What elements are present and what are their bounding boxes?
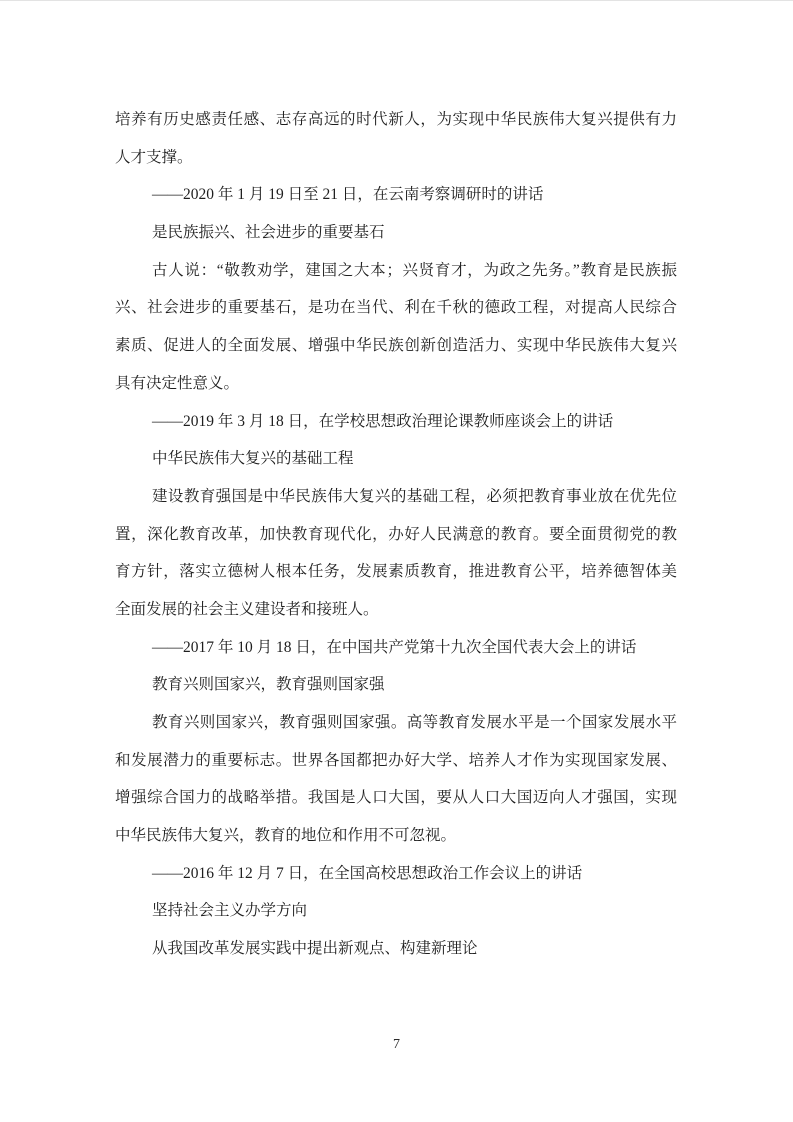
text-line: 人才支撑。	[115, 139, 677, 177]
page-number: 7	[0, 1035, 793, 1055]
text-line-heading: 中华民族伟大复兴的基础工程	[115, 440, 677, 478]
document-page: 培养有历史感责任感、志存高远的时代新人，为实现中华民族伟大复兴提供有力 人才支撑…	[0, 0, 793, 1122]
text-line: 素质、促进人的全面发展、增强中华民族创新创造活力、实现中华民族伟大复兴	[115, 327, 677, 365]
document-text-block: 培养有历史感责任感、志存高远的时代新人，为实现中华民族伟大复兴提供有力 人才支撑…	[115, 101, 677, 968]
text-line: 和发展潜力的重要标志。世界各国都把办好大学、培养人才作为实现国家发展、	[115, 742, 677, 780]
text-line: 古人说：“敬教劝学，建国之大本；兴贤育才，为政之先务。”教育是民族振	[115, 252, 677, 290]
text-line-heading: 坚持社会主义办学方向	[115, 892, 677, 930]
text-line: 教育兴则国家兴，教育强则国家强。高等教育发展水平是一个国家发展水平	[115, 704, 677, 742]
text-line: 培养有历史感责任感、志存高远的时代新人，为实现中华民族伟大复兴提供有力	[115, 101, 677, 139]
text-line: 具有决定性意义。	[115, 365, 677, 403]
text-line-heading: 从我国改革发展实践中提出新观点、构建新理论	[115, 930, 677, 968]
text-line-attribution: ——2019 年 3 月 18 日，在学校思想政治理论课教师座谈会上的讲话	[115, 403, 677, 441]
text-line-attribution: ——2017 年 10 月 18 日，在中国共产党第十九次全国代表大会上的讲话	[115, 629, 677, 667]
text-line: 兴、社会进步的重要基石，是功在当代、利在千秋的德政工程，对提高人民综合	[115, 289, 677, 327]
text-line-heading: 是民族振兴、社会进步的重要基石	[115, 214, 677, 252]
text-line: 中华民族伟大复兴，教育的地位和作用不可忽视。	[115, 817, 677, 855]
text-line: 增强综合国力的战略举措。我国是人口大国，要从人口大国迈向人才强国，实现	[115, 779, 677, 817]
text-line: 建设教育强国是中华民族伟大复兴的基础工程，必须把教育事业放在优先位	[115, 478, 677, 516]
text-line-heading: 教育兴则国家兴，教育强则国家强	[115, 666, 677, 704]
text-line-attribution: ——2020 年 1 月 19 日至 21 日，在云南考察调研时的讲话	[115, 176, 677, 214]
text-line: 置，深化教育改革，加快教育现代化，办好人民满意的教育。要全面贯彻党的教	[115, 516, 677, 554]
text-line-attribution: ——2016 年 12 月 7 日，在全国高校思想政治工作会议上的讲话	[115, 855, 677, 893]
text-line: 育方针，落实立德树人根本任务，发展素质教育，推进教育公平，培养德智体美	[115, 553, 677, 591]
text-line: 全面发展的社会主义建设者和接班人。	[115, 591, 677, 629]
